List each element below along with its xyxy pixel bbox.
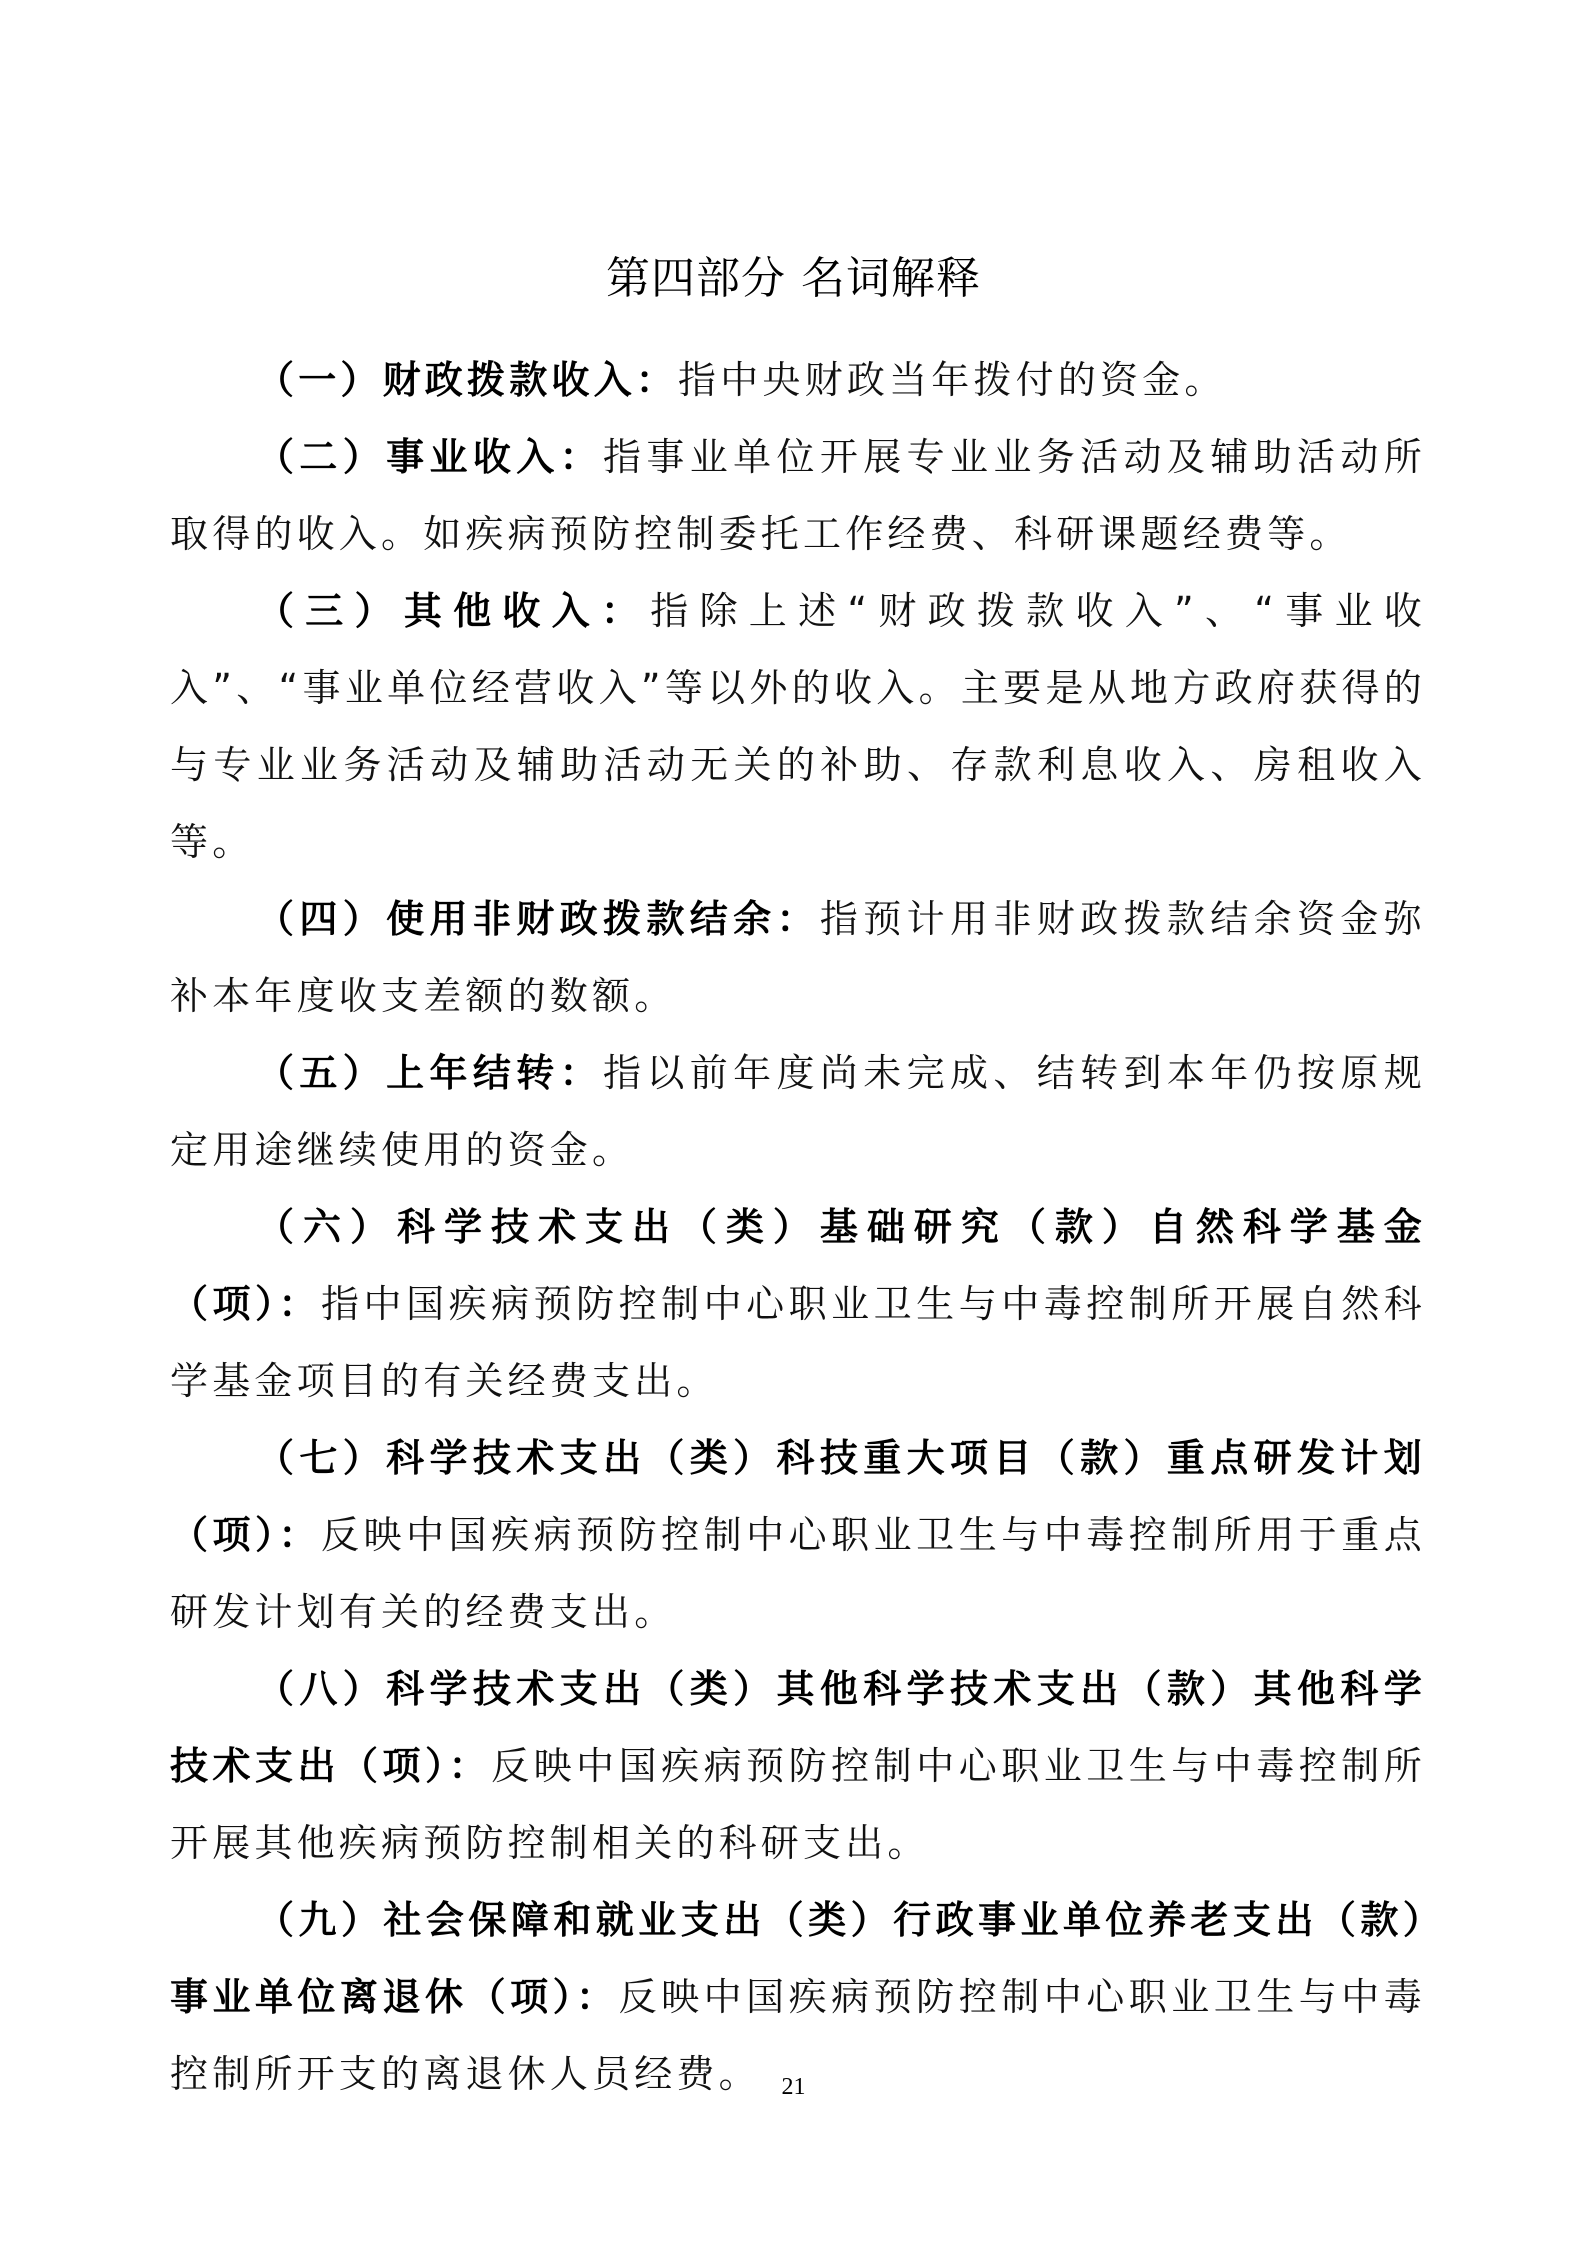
term-other-science-tech-expenditure: （八）科学技术支出（类）其他科学技术支出（款）其他科学技术支出（项）：反映中国疾… xyxy=(170,1651,1426,1882)
glossary-content: （一）财政拨款收入：指中央财政当年拨付的资金。 （二）事业收入：指事业单位开展专… xyxy=(170,342,1426,2113)
term-prior-year-carryover: （五）上年结转：指以前年度尚未完成、结转到本年仍按原规定用途继续使用的资金。 xyxy=(170,1035,1426,1189)
term-label: （二）事业收入： xyxy=(256,435,603,479)
term-natural-science-fund: （六）科学技术支出（类）基础研究（款）自然科学基金（项）：指中国疾病预防控制中心… xyxy=(170,1189,1426,1420)
term-label: （三）其他收入： xyxy=(256,589,650,633)
term-business-income: （二）事业收入：指事业单位开展专业业务活动及辅助活动所取得的收入。如疾病预防控制… xyxy=(170,419,1426,573)
term-definition: 指中央财政当年拨付的资金。 xyxy=(678,358,1227,402)
term-definition: 反映中国疾病预防控制中心职业卫生与中毒控制所用于重点研发计划有关的经费支出。 xyxy=(170,1513,1426,1634)
term-definition: 指中国疾病预防控制中心职业卫生与中毒控制所开展自然科学基金项目的有关经费支出。 xyxy=(170,1282,1426,1403)
term-label: （五）上年结转： xyxy=(256,1051,603,1095)
page-title: 第四部分 名词解释 xyxy=(0,251,1587,307)
term-other-income: （三）其他收入：指除上述“财政拨款收入”、“事业收入”、“事业单位经营收入”等以… xyxy=(170,573,1426,881)
term-label: （四）使用非财政拨款结余： xyxy=(256,897,820,941)
term-use-of-non-fiscal-balance: （四）使用非财政拨款结余：指预计用非财政拨款结余资金弥补本年度收支差额的数额。 xyxy=(170,881,1426,1035)
term-key-rd-program: （七）科学技术支出（类）科技重大项目（款）重点研发计划（项）：反映中国疾病预防控… xyxy=(170,1420,1426,1651)
term-fiscal-appropriation-income: （一）财政拨款收入：指中央财政当年拨付的资金。 xyxy=(170,342,1426,419)
term-label: （一）财政拨款收入： xyxy=(256,358,678,402)
page-number: 21 xyxy=(0,2072,1587,2102)
